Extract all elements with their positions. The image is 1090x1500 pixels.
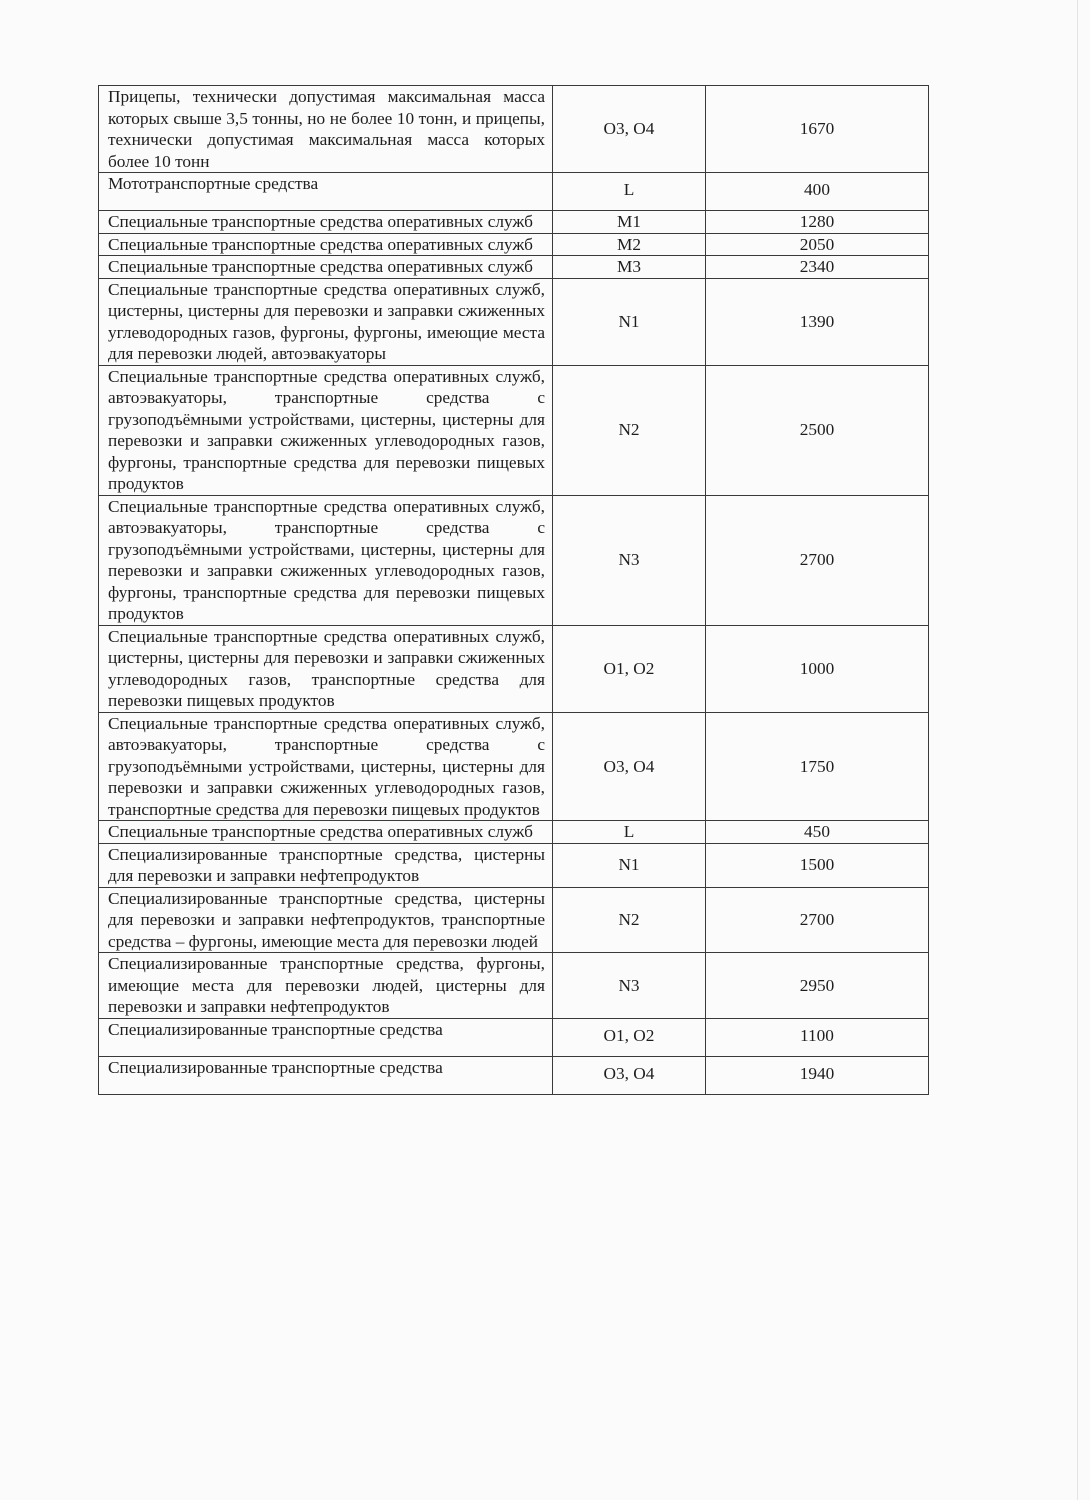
category-cell: O3, O4 [553, 712, 706, 821]
description-cell: Специализированные транспортные средства… [99, 953, 553, 1019]
description-cell: Прицепы, технически допустимая максималь… [99, 86, 553, 173]
table-row: Специальные транспортные средства операт… [99, 233, 929, 256]
table-row: Специальные транспортные средства операт… [99, 821, 929, 844]
description-cell: Специальные транспортные средства операт… [99, 278, 553, 365]
value-cell: 450 [706, 821, 929, 844]
description-cell: Специализированные транспортные средства [99, 1056, 553, 1094]
description-cell: Специальные транспортные средства операт… [99, 233, 553, 256]
table-row: Прицепы, технически допустимая максималь… [99, 86, 929, 173]
category-cell: M3 [553, 256, 706, 279]
value-cell: 1000 [706, 625, 929, 712]
value-cell: 2050 [706, 233, 929, 256]
description-cell: Специальные транспортные средства операт… [99, 211, 553, 234]
category-cell: O3, O4 [553, 86, 706, 173]
description-cell: Специальные транспортные средства операт… [99, 256, 553, 279]
table-row: Специальные транспортные средства операт… [99, 625, 929, 712]
table-row: Специализированные транспортные средства… [99, 887, 929, 953]
value-cell: 1280 [706, 211, 929, 234]
table-row: Специализированные транспортные средства… [99, 1056, 929, 1094]
table-row: Специальные транспортные средства операт… [99, 278, 929, 365]
value-cell: 1100 [706, 1018, 929, 1056]
value-cell: 1670 [706, 86, 929, 173]
value-cell: 1940 [706, 1056, 929, 1094]
value-cell: 2700 [706, 495, 929, 625]
category-cell: O1, O2 [553, 1018, 706, 1056]
description-cell: Специальные транспортные средства операт… [99, 712, 553, 821]
category-cell: L [553, 821, 706, 844]
category-cell: N3 [553, 953, 706, 1019]
table-row: Специальные транспортные средства операт… [99, 256, 929, 279]
table-row: Специализированные транспортные средства… [99, 953, 929, 1019]
description-cell: Специальные транспортные средства операт… [99, 625, 553, 712]
category-cell: N2 [553, 365, 706, 495]
value-cell: 2700 [706, 887, 929, 953]
value-cell: 2950 [706, 953, 929, 1019]
category-cell: N3 [553, 495, 706, 625]
page-edge [1077, 0, 1078, 1500]
description-cell: Специальные транспортные средства операт… [99, 821, 553, 844]
description-cell: Специализированные транспортные средства… [99, 843, 553, 887]
value-cell: 2340 [706, 256, 929, 279]
description-cell: Специализированные транспортные средства… [99, 887, 553, 953]
vehicle-category-table: Прицепы, технически допустимая максималь… [98, 85, 929, 1095]
table-row: Специализированные транспортные средства… [99, 1018, 929, 1056]
category-cell: M1 [553, 211, 706, 234]
value-cell: 2500 [706, 365, 929, 495]
table-row: Специальные транспортные средства операт… [99, 495, 929, 625]
description-cell: Специализированные транспортные средства [99, 1018, 553, 1056]
category-cell: M2 [553, 233, 706, 256]
description-cell: Мототранспортные средства [99, 173, 553, 211]
table-row: Специальные транспортные средства операт… [99, 712, 929, 821]
value-cell: 400 [706, 173, 929, 211]
category-cell: N1 [553, 278, 706, 365]
category-cell: O1, O2 [553, 625, 706, 712]
table-row: Специальные транспортные средства операт… [99, 211, 929, 234]
description-cell: Специальные транспортные средства операт… [99, 495, 553, 625]
category-cell: L [553, 173, 706, 211]
table-row: Специализированные транспортные средства… [99, 843, 929, 887]
table-row: Мототранспортные средстваL400 [99, 173, 929, 211]
value-cell: 1500 [706, 843, 929, 887]
value-cell: 1750 [706, 712, 929, 821]
category-cell: N1 [553, 843, 706, 887]
category-cell: O3, O4 [553, 1056, 706, 1094]
description-cell: Специальные транспортные средства операт… [99, 365, 553, 495]
table-row: Специальные транспортные средства операт… [99, 365, 929, 495]
category-cell: N2 [553, 887, 706, 953]
value-cell: 1390 [706, 278, 929, 365]
